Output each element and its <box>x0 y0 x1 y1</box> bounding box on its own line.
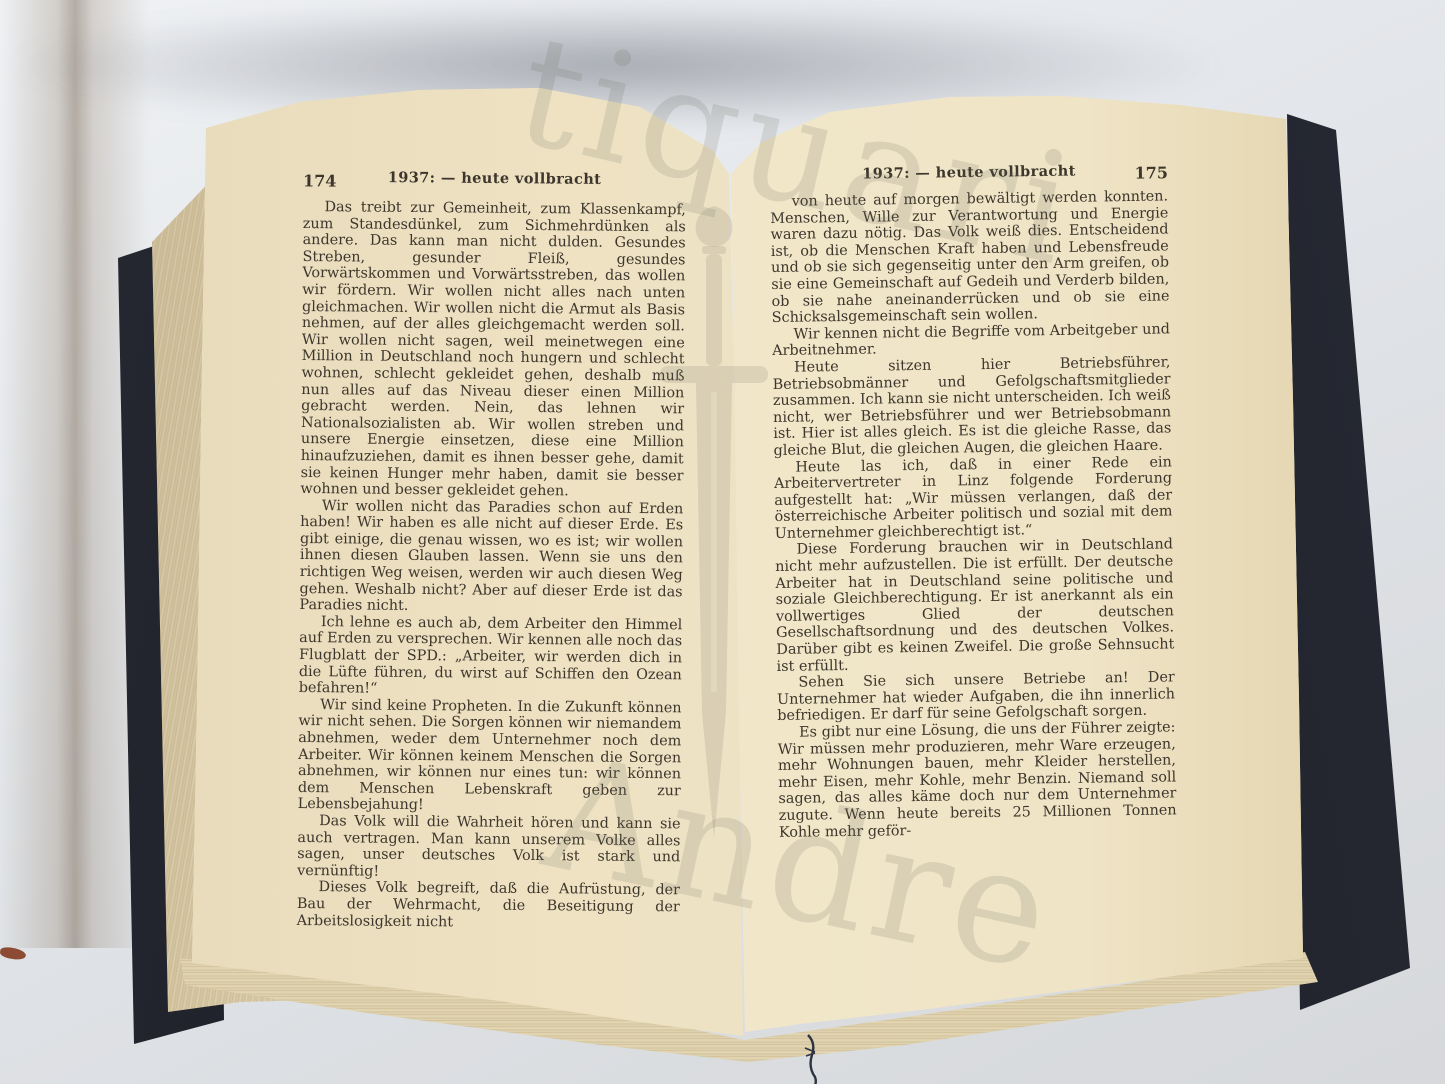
paragraph: Ich lehne es auch ab, dem Arbeiter den H… <box>299 614 683 700</box>
paragraph: Das Volk will die Wahrheit hören und kan… <box>297 813 681 883</box>
paragraph: von heute auf morgen bewältigt werden ko… <box>770 188 1170 326</box>
paragraph: Wir kennen nicht die Begriffe vom Arbeit… <box>772 321 1170 360</box>
paragraph: Dieses Volk begreift, daß die Aufrüstung… <box>297 879 680 932</box>
book-cover-right <box>0 0 1445 1084</box>
paragraph: Es gibt nur eine Lösung, die uns der Füh… <box>777 719 1177 841</box>
left-page-number: 174 <box>303 171 337 190</box>
left-page-header: 174 1937: — heute vollbracht <box>303 168 686 193</box>
page-stack-bottom-edge <box>0 0 1445 1084</box>
paragraph: Heute las ich, daß in einer Rede ein Arb… <box>774 454 1173 543</box>
bookmark-thread <box>796 1034 826 1084</box>
book-cover-left <box>0 0 1445 1084</box>
open-book-photo: 174 1937: — heute vollbracht Das treibt … <box>0 0 1445 1084</box>
paragraph: Diese Forderung brauchen wir in Deutschl… <box>775 537 1175 675</box>
paragraph: Wir wollen nicht das Paradies schon auf … <box>299 498 683 617</box>
right-running-header: 1937: — heute vollbracht <box>862 163 1076 183</box>
spine-binding <box>0 946 27 961</box>
left-running-header: 1937: — heute vollbracht <box>388 169 602 188</box>
left-page-text: Das treibt zur Gemeinheit, zum Klassenka… <box>296 199 686 972</box>
right-page-paper <box>0 0 1445 1084</box>
book-shadow <box>0 0 1230 130</box>
right-page-header: 1937: — heute vollbracht 175 <box>770 161 1168 189</box>
left-page-paper <box>0 0 1445 1084</box>
book-gutter-shadow <box>0 0 150 948</box>
paragraph: Heute sitzen hier Betriebsführer, Betrie… <box>772 354 1171 459</box>
paragraph: Das treibt zur Gemeinheit, zum Klassenka… <box>300 199 686 501</box>
page-stack-left-edge <box>0 0 1445 1084</box>
paragraph: Wir sind keine Propheten. In die Zukunft… <box>298 697 682 816</box>
right-page-text: von heute auf morgen bewältigt werden ko… <box>770 188 1179 953</box>
right-page-number: 175 <box>1134 163 1168 182</box>
paragraph: Sehen Sie sich unsere Betriebe an! Der U… <box>777 670 1176 725</box>
